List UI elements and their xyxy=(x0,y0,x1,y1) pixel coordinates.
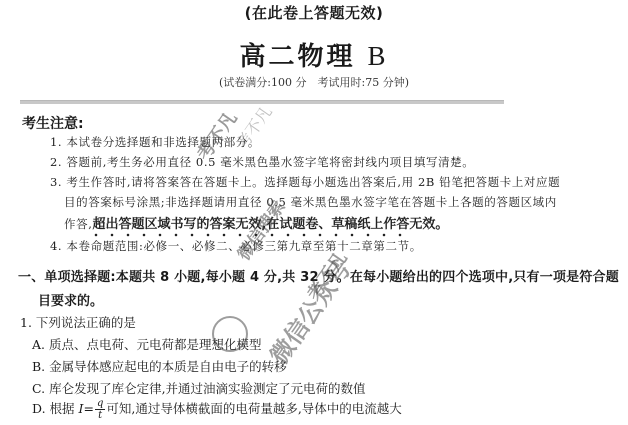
option-d-prefix: D. 根据 xyxy=(32,401,79,416)
fraction-numerator: q xyxy=(95,398,105,410)
notice-item-3-cont2: 作答,超出答题区域书写的答案无效,在试题卷、草稿纸上作答无效。 xyxy=(64,213,448,232)
page-title: 高二物理 B xyxy=(0,36,628,73)
notice-heading: 考生注意: xyxy=(22,113,84,133)
notice-emphasis: 超出答题区域书写的答案无效,在试题卷、草稿纸上作答无效。 xyxy=(92,217,448,232)
section-heading: 一、单项选择题:本题共 8 小题,每小题 4 分,共 32 分。在每小题给出的四… xyxy=(18,266,619,285)
header-divider xyxy=(20,100,504,104)
exam-info: (试卷满分:100 分 考试用时:75 分钟) xyxy=(0,74,628,90)
section-heading-cont: 目要求的。 xyxy=(38,290,103,309)
question-1-stem: 1. 下列说法正确的是 xyxy=(20,313,136,331)
fraction-q-over-t: qt xyxy=(95,398,105,421)
option-d-suffix: 可知,通过导体横截面的电荷量越多,导体中的电流越大 xyxy=(106,401,401,416)
notice-item-4: 4. 本卷命题范围:必修一、必修二、必修三第九章至第十二章第二节。 xyxy=(50,238,422,254)
notice-item-3: 3. 考生作答时,请将答案答在答题卡上。选择题每小题选出答案后,用 2B 铅笔把… xyxy=(50,174,560,190)
emphasis-dots xyxy=(88,233,408,237)
notice-item-3-cont1: 目的答案标号涂黑;非选择题请用直径 0.5 毫米黑色墨水签字笔在答题卡上各题的答… xyxy=(64,194,557,210)
title-text: 高二物理 xyxy=(239,42,355,72)
invalid-answer-note: (在此卷上答题无效) xyxy=(0,2,628,23)
notice-item-1: 1. 本试卷分选择题和非选择题两部分。 xyxy=(50,134,260,150)
option-d: D. 根据 I=qt可知,通过导体横截面的电荷量越多,导体中的电流越大 xyxy=(32,398,402,421)
fraction-denominator: t xyxy=(95,410,105,421)
equals-sign: = xyxy=(83,401,93,416)
wechat-watermark-icon xyxy=(212,316,248,352)
title-suffix: B xyxy=(368,41,389,71)
notice-item-3-cont2-prefix: 作答, xyxy=(64,217,92,231)
notice-item-2: 2. 答题前,考生务必用直径 0.5 毫米黑色墨水签字笔将密封线内项目填写清楚。 xyxy=(50,154,474,170)
option-c: C. 库仑发现了库仑定律,并通过油滴实验测定了元电荷的数值 xyxy=(32,379,366,397)
option-b: B. 金属导体感应起电的本质是自由电子的转移 xyxy=(32,357,287,375)
